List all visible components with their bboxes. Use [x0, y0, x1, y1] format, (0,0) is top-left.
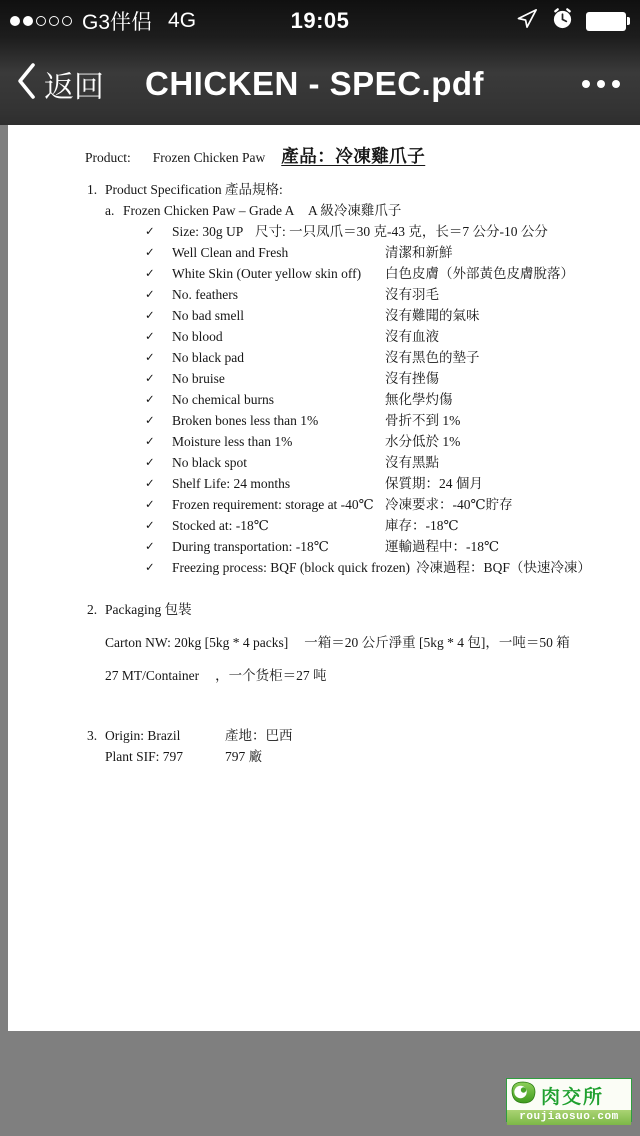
- spec-item: ✓ No black pad 沒有黑色的墊子: [85, 347, 634, 368]
- spec-item: ✓ No bruise 沒有挫傷: [85, 368, 634, 389]
- phone-screen: G3伴侣 4G 19:05: [0, 0, 640, 1136]
- plant-line: Plant SIF: 797 797 廠: [105, 746, 634, 767]
- spec-item: ✓ During transportation: -18℃ 運輸過程中：-18℃: [85, 536, 634, 557]
- spec-item: ✓ Shelf Life: 24 months 保質期：24 個月: [85, 473, 634, 494]
- nav-bar: 返回 CHICKEN - SPEC.pdf: [0, 42, 640, 125]
- product-label: Product:: [85, 147, 131, 168]
- battery-icon: [586, 12, 630, 31]
- packaging-line-1: Carton NW: 20kg [5kg * 4 packs] 一箱＝20 公斤…: [105, 632, 634, 653]
- packaging-line-2: 27 MT/Container ，一个货柜＝27 吨: [105, 665, 634, 686]
- check-icon: ✓: [145, 515, 172, 536]
- spec-item: ✓ No chemical burns 無化學灼傷: [85, 389, 634, 410]
- check-icon: ✓: [145, 284, 172, 305]
- spec-item: ✓ No blood 沒有血液: [85, 326, 634, 347]
- check-icon: ✓: [145, 242, 172, 263]
- spec-item: ✓ Well Clean and Fresh 清潔和新鮮: [85, 242, 634, 263]
- spec-item: ✓ No. feathers 沒有羽毛: [85, 284, 634, 305]
- check-icon: ✓: [145, 347, 172, 368]
- watermark-logo: 肉交所 roujiaosuo.com: [506, 1078, 632, 1122]
- section-3-heading: 3. Origin: Brazil 產地：巴西: [85, 725, 634, 746]
- spec-item: ✓ No black spot 沒有黑點: [85, 452, 634, 473]
- clock-time: 19:05: [291, 8, 350, 34]
- status-bar: G3伴侣 4G 19:05: [0, 0, 640, 42]
- alarm-clock-icon: [551, 7, 574, 35]
- check-icon: ✓: [145, 452, 172, 473]
- check-icon: ✓: [145, 326, 172, 347]
- status-left: G3伴侣 4G: [10, 0, 196, 42]
- product-line: Product: Frozen Chicken Paw 產品：冷凍雞爪子: [85, 146, 634, 168]
- location-arrow-icon: [516, 7, 539, 35]
- roujiaosuo-logo-icon: [510, 1080, 537, 1110]
- spec-item: ✓ Moisture less than 1% 水分低於 1%: [85, 431, 634, 452]
- carrier-label: G3伴侣: [82, 6, 152, 36]
- check-icon: ✓: [145, 494, 172, 515]
- check-icon: ✓: [145, 536, 172, 557]
- back-button[interactable]: 返回: [14, 42, 104, 125]
- header: G3伴侣 4G 19:05: [0, 0, 640, 125]
- spec-item: ✓ Frozen requirement: storage at -40℃ 冷凍…: [85, 494, 634, 515]
- more-button[interactable]: [582, 42, 620, 125]
- section-1-heading: 1. Product Specification 產品規格:: [85, 179, 634, 200]
- watermark-site-url: roujiaosuo.com: [507, 1110, 631, 1125]
- chevron-left-icon: [14, 61, 38, 106]
- more-icon: [582, 80, 590, 88]
- spec-item: ✓ Freezing process: BQF (block quick fro…: [85, 557, 634, 578]
- check-icon: ✓: [145, 368, 172, 389]
- watermark-site-name: 肉交所: [541, 1082, 604, 1109]
- pdf-document-content: Product: Frozen Chicken Paw 產品：冷凍雞爪子 1. …: [8, 125, 640, 767]
- network-type-label: 4G: [168, 9, 196, 33]
- product-name-en: Frozen Chicken Paw: [153, 147, 265, 168]
- section-2-heading: 2. Packaging 包裝: [85, 599, 634, 620]
- back-button-label: 返回: [44, 62, 104, 106]
- pdf-page[interactable]: Product: Frozen Chicken Paw 產品：冷凍雞爪子 1. …: [8, 125, 640, 1031]
- check-icon: ✓: [145, 305, 172, 326]
- check-icon: ✓: [145, 410, 172, 431]
- spec-item: ✓ Broken bones less than 1% 骨折不到 1%: [85, 410, 634, 431]
- spec-item: ✓ White Skin (Outer yellow skin off) 白色皮…: [85, 263, 634, 284]
- spec-item: ✓ Size: 30g UP 尺寸: 一只凤爪＝30 克-43 克，长＝7 公分…: [85, 221, 634, 242]
- check-icon: ✓: [145, 263, 172, 284]
- spec-item: ✓ No bad smell 沒有難聞的氣味: [85, 305, 634, 326]
- signal-strength-icon: [10, 16, 72, 26]
- check-icon: ✓: [145, 221, 172, 242]
- check-icon: ✓: [145, 431, 172, 452]
- document-title: CHICKEN - SPEC.pdf: [145, 42, 484, 125]
- spec-item: ✓ Stocked at: -18℃ 庫存：-18℃: [85, 515, 634, 536]
- grade-line: a. Frozen Chicken Paw – Grade A A 級冷凍雞爪子: [105, 200, 634, 221]
- product-name-zh: 產品：冷凍雞爪子: [281, 146, 425, 167]
- check-icon: ✓: [145, 473, 172, 494]
- check-icon: ✓: [145, 557, 172, 578]
- status-right: [516, 0, 630, 42]
- check-icon: ✓: [145, 389, 172, 410]
